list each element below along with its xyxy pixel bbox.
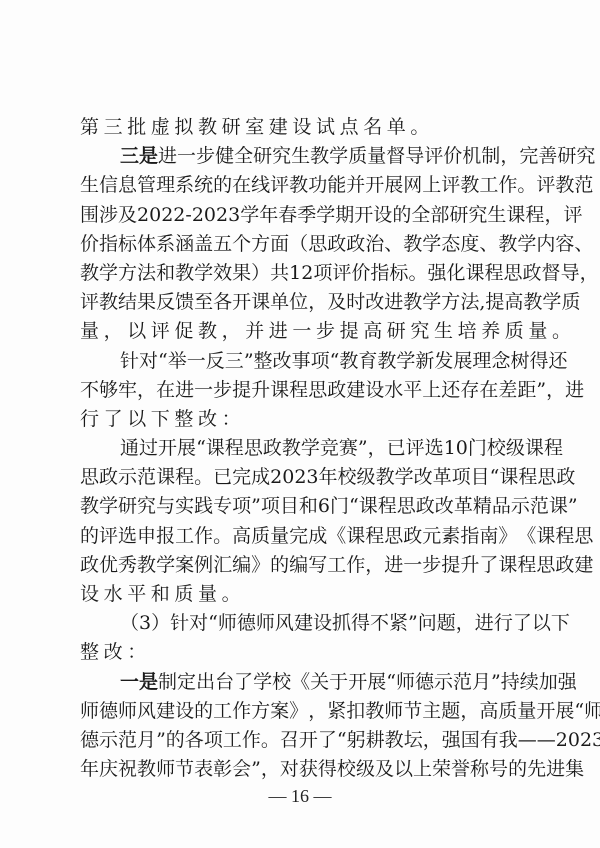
text-glyph: 进 [384, 551, 403, 580]
text-glyph: 新 [415, 347, 434, 376]
text-glyph: 以 [532, 609, 551, 638]
text-glyph: 理 [156, 171, 175, 200]
text-glyph: 存 [460, 376, 479, 405]
text-glyph: 育 [358, 347, 377, 376]
text-glyph: 高 [232, 522, 251, 551]
text-glyph: 进 [175, 376, 194, 405]
text-glyph: 称 [470, 755, 489, 784]
text-glyph: 思 [308, 230, 327, 259]
text-glyph: 12 [289, 259, 313, 288]
text-glyph: 对 [189, 609, 208, 638]
text-glyph: 开 [354, 201, 373, 230]
text-glyph: 强 [558, 668, 577, 697]
text-glyph: 目 [280, 492, 299, 521]
text-glyph: 部 [430, 201, 449, 230]
text-glyph: 已 [387, 434, 406, 463]
text-glyph: 进 [475, 609, 494, 638]
text-glyph: 学 [395, 463, 414, 492]
text-glyph: ” [568, 492, 578, 521]
text-glyph: 五 [213, 230, 232, 259]
text-glyph: 强 [427, 259, 446, 288]
text-glyph: 建 [156, 697, 175, 726]
text-glyph: 思 [536, 551, 555, 580]
text-glyph: 上 [422, 376, 441, 405]
text-glyph: 示 [118, 463, 137, 492]
text-glyph: 项 [261, 492, 280, 521]
text-glyph: “ [349, 492, 359, 521]
text-glyph: 改 [365, 288, 384, 317]
text-glyph: 续 [520, 668, 539, 697]
text-glyph: 研 [253, 142, 272, 171]
text-glyph: 师 [256, 609, 275, 638]
text-glyph: 校 [272, 668, 291, 697]
text-glyph: 专 [213, 492, 232, 521]
text-glyph: 。 [194, 463, 213, 492]
text-glyph: 步 [196, 142, 215, 171]
text-glyph: 程 [225, 434, 244, 463]
text-glyph: 关 [310, 668, 329, 697]
text-glyph: 差 [498, 376, 517, 405]
text-glyph: 竞 [320, 434, 339, 463]
text-glyph: 教 [289, 171, 308, 200]
text-glyph: 评 [406, 434, 425, 463]
text-glyph: 定 [177, 668, 196, 697]
text-glyph: 及 [375, 755, 394, 784]
text-glyph: 不 [80, 376, 99, 405]
text-glyph: 教 [80, 492, 99, 521]
text-glyph: 范 [574, 171, 593, 200]
text-glyph: 质 [251, 522, 270, 551]
text-glyph: 学 [329, 142, 348, 171]
text-glyph: 级 [506, 434, 525, 463]
text-glyph: 及 [118, 201, 137, 230]
text-glyph: 的 [80, 522, 99, 551]
text-glyph: 工 [479, 171, 498, 200]
text-glyph: 有 [480, 726, 499, 755]
text-glyph: 践 [194, 492, 213, 521]
text-line: 不够牢，在进一步提升课程思政建设水平上还存在差距”，进 [80, 376, 526, 405]
text-glyph: 教 [403, 288, 422, 317]
text-glyph: 。 [408, 259, 427, 288]
text-glyph: 系 [156, 230, 175, 259]
text-glyph: 进 [546, 755, 565, 784]
text-glyph: 祝 [118, 755, 137, 784]
text-glyph: 我 [499, 726, 518, 755]
text-glyph: 管 [137, 171, 156, 200]
text-glyph: “ [337, 726, 347, 755]
text-glyph: 选 [425, 434, 444, 463]
text-glyph: 盖 [194, 230, 213, 259]
text-glyph: 度 [460, 230, 479, 259]
text-glyph: ， [546, 376, 565, 405]
emphasis-lead: 是 [139, 142, 158, 171]
text-glyph: 督 [542, 259, 561, 288]
text-glyph: 进 [565, 376, 584, 405]
text-glyph: 目 [471, 463, 490, 492]
text-glyph: 德 [415, 668, 434, 697]
text-glyph: 师 [80, 697, 99, 726]
text-glyph: 工 [213, 697, 232, 726]
text-glyph: 程 [555, 522, 574, 551]
text-glyph: 开 [232, 288, 251, 317]
text-glyph: 了 [513, 609, 532, 638]
text-glyph: 对 [139, 347, 158, 376]
text-glyph: 德 [237, 609, 256, 638]
text-glyph: 荣 [432, 755, 451, 784]
text-glyph: 范 [137, 463, 156, 492]
text-glyph: 校 [337, 755, 356, 784]
text-glyph: 教 [460, 171, 479, 200]
text-glyph: 了 [479, 551, 498, 580]
text-glyph: “ [208, 609, 218, 638]
text-glyph: 和 [299, 492, 318, 521]
text-glyph: 学 [194, 259, 213, 288]
text-glyph: 内 [536, 230, 555, 259]
text-glyph: 教 [80, 259, 99, 288]
text-glyph: 耕 [366, 726, 385, 755]
text-line: 围涉及2022-2023学年春季学期开设的全部研究生课程，评 [80, 201, 526, 230]
text-glyph: 质 [348, 142, 367, 171]
text-glyph: 级 [357, 463, 376, 492]
text-glyph: 》 [498, 522, 517, 551]
text-glyph: 教 [385, 726, 404, 755]
text-glyph: 题 [441, 697, 460, 726]
text-glyph: 课 [499, 463, 518, 492]
text-glyph: 建 [574, 551, 593, 580]
text-glyph: 政 [523, 259, 542, 288]
text-glyph: 理 [472, 347, 491, 376]
text-glyph: 得 [318, 755, 337, 784]
text-glyph: 距 [517, 376, 536, 405]
text-glyph: 机 [462, 142, 481, 171]
text-glyph: 。 [213, 522, 232, 551]
text-glyph: 工 [175, 522, 194, 551]
text-glyph: 程 [485, 259, 504, 288]
text-glyph: 程 [378, 492, 397, 521]
text-glyph: ， [261, 755, 280, 784]
text-glyph: 上 [413, 755, 432, 784]
text-glyph: 思 [504, 259, 523, 288]
text-glyph: 》 [251, 551, 270, 580]
text-glyph: 线 [251, 171, 270, 200]
page-number: — 16 — [0, 786, 600, 807]
text-glyph: 评 [99, 522, 118, 551]
text-glyph: 政 [327, 230, 346, 259]
text-glyph: 门 [330, 492, 349, 521]
text-glyph: 开 [299, 726, 318, 755]
text-glyph: 在 [232, 171, 251, 200]
text-glyph: 各 [185, 726, 204, 755]
text-glyph: 师 [218, 609, 237, 638]
text-glyph: 高 [504, 288, 523, 317]
text-glyph: 建 [346, 376, 365, 405]
text-glyph: 革 [454, 492, 473, 521]
text-glyph: ” [251, 755, 261, 784]
text-glyph: 革 [433, 463, 452, 492]
text-line: 三是进一步健全研究生教学质量督导评价机制，完善研究 [80, 142, 526, 171]
text-glyph: ， [368, 434, 387, 463]
text-glyph: 德 [80, 726, 99, 755]
text-glyph: 学 [240, 201, 259, 230]
text-glyph: 究 [272, 142, 291, 171]
text-glyph: “ [574, 697, 584, 726]
text-glyph: ， [137, 376, 156, 405]
text-glyph: 提 [232, 376, 251, 405]
text-line: 年庆祝教师节表彰会”，对获得校级及以上荣誉称号的先进集 [80, 755, 526, 784]
text-glyph: 态 [441, 230, 460, 259]
text-glyph: 全 [234, 142, 253, 171]
text-glyph: 台 [215, 668, 234, 697]
text-glyph: 程 [518, 463, 537, 492]
text-glyph: 以 [394, 755, 413, 784]
text-glyph: 位 [289, 288, 308, 317]
text-glyph: 反 [206, 347, 225, 376]
text-glyph: 教 [365, 697, 384, 726]
document-body: 第三批虚拟教研室建设试点名单。三是进一步健全研究生教学质量督导评价机制，完善研究… [80, 113, 526, 784]
text-glyph: 生 [291, 142, 310, 171]
text-glyph: 教 [498, 230, 517, 259]
text-glyph: 展 [384, 171, 403, 200]
text-glyph: 评 [332, 259, 351, 288]
text-glyph: 已 [213, 463, 232, 492]
text-glyph: “ [490, 463, 500, 492]
text-glyph: 示 [511, 492, 530, 521]
text-glyph: 师 [584, 697, 600, 726]
text-glyph: 督 [386, 142, 405, 171]
text-glyph: 学 [99, 492, 118, 521]
text-glyph: 学 [422, 230, 441, 259]
text-glyph: 究 [137, 492, 156, 521]
text-glyph: 至 [194, 288, 213, 317]
text-glyph: 生 [80, 171, 99, 200]
text-glyph: 化 [446, 259, 465, 288]
text-glyph: 思 [397, 492, 416, 521]
text-glyph: 得 [529, 347, 548, 376]
text-glyph: 2022-2023 [137, 201, 240, 230]
text-glyph: 程 [175, 463, 194, 492]
text-glyph: 在 [479, 376, 498, 405]
text-glyph: ， [580, 259, 599, 288]
text-glyph: 作 [242, 726, 261, 755]
text-line: 教学研究与实践专项”项目和6门“课程思政改革精品示范课” [80, 492, 526, 521]
text-glyph: 月 [137, 726, 156, 755]
text-glyph: 及 [327, 288, 346, 317]
text-glyph: 学 [517, 230, 536, 259]
text-glyph: 、 [384, 230, 403, 259]
text-glyph: 课 [498, 551, 517, 580]
text-glyph: 研 [449, 201, 468, 230]
text-glyph: 项 [311, 347, 330, 376]
text-glyph: 的 [213, 171, 232, 200]
text-glyph: ” [156, 726, 166, 755]
text-glyph: 对 [280, 755, 299, 784]
text-glyph: 课 [346, 522, 365, 551]
text-glyph: 各 [213, 288, 232, 317]
text-glyph: 年 [319, 463, 338, 492]
text-glyph: 完 [289, 522, 308, 551]
text-glyph: ） [151, 609, 170, 638]
text-glyph: 6 [318, 492, 330, 521]
text-glyph: 元 [422, 522, 441, 551]
text-glyph: 还 [441, 376, 460, 405]
text-glyph: ， [423, 726, 442, 755]
text-glyph: 级 [356, 755, 375, 784]
text-glyph: 平 [403, 376, 422, 405]
text-glyph: 项 [232, 492, 251, 521]
text-glyph: 围 [80, 201, 99, 230]
text-glyph: 思 [80, 463, 99, 492]
text-glyph: 素 [441, 522, 460, 551]
text-glyph: 课 [525, 434, 544, 463]
text-glyph: 成 [251, 463, 270, 492]
text-glyph: 与 [156, 492, 175, 521]
text-glyph: 程 [365, 522, 384, 551]
text-glyph: 得 [351, 609, 370, 638]
text-glyph: 效 [213, 259, 232, 288]
text-glyph: 抓 [332, 609, 351, 638]
text-glyph: 果 [232, 259, 251, 288]
emphasis-lead: 一 [120, 668, 139, 697]
text-glyph: 反 [156, 288, 175, 317]
text-glyph: 誉 [451, 755, 470, 784]
text-glyph: 品 [492, 492, 511, 521]
text-glyph: 单 [270, 288, 289, 317]
text-glyph: 教 [175, 259, 194, 288]
text-glyph: 统 [194, 171, 213, 200]
text-glyph: 建 [294, 609, 313, 638]
text-glyph: 校 [338, 463, 357, 492]
text-glyph: 究 [576, 142, 595, 171]
text-glyph: 了 [318, 726, 337, 755]
text-line: 设水平和质量。 [80, 580, 526, 609]
text-glyph: 息 [118, 171, 137, 200]
text-glyph: 政 [263, 434, 282, 463]
text-glyph: 师 [118, 697, 137, 726]
text-glyph: ， [460, 697, 479, 726]
text-glyph: 教 [99, 288, 118, 317]
text-glyph: 精 [473, 492, 492, 521]
text-line: 生信息管理系统的在线评教功能并开展网上评教工作。评教范 [80, 171, 526, 200]
text-glyph: 全 [411, 201, 430, 230]
text-glyph: 面 [270, 230, 289, 259]
text-glyph: 教 [310, 142, 329, 171]
text-glyph: 作 [498, 171, 517, 200]
text-glyph: 的 [392, 201, 411, 230]
text-glyph: 针 [120, 347, 139, 376]
emphasis-lead: 是 [139, 668, 158, 697]
text-glyph: 方 [251, 697, 270, 726]
text-glyph: 示 [99, 726, 118, 755]
text-glyph: 指 [370, 259, 389, 288]
text-glyph: 春 [278, 201, 297, 230]
text-glyph: 改 [435, 492, 454, 521]
text-line: 价指标体系涵盖五个方面（思政政治、教学态度、教学内容、 [80, 230, 526, 259]
text-glyph: 《 [291, 668, 310, 697]
text-glyph: 健 [215, 142, 234, 171]
text-glyph: 号 [489, 755, 508, 784]
text-glyph: 获 [299, 755, 318, 784]
text-glyph: 师 [156, 755, 175, 784]
text-glyph: 政 [416, 492, 435, 521]
text-glyph: 学 [422, 288, 441, 317]
text-glyph: 学 [301, 434, 320, 463]
text-glyph: 教 [282, 434, 301, 463]
text-glyph: “ [158, 347, 168, 376]
text-glyph: 研 [118, 492, 137, 521]
text-glyph: 紧 [327, 697, 346, 726]
text-glyph: 三 [225, 347, 244, 376]
text-glyph: 还 [548, 347, 567, 376]
text-glyph: 思 [244, 434, 263, 463]
text-glyph: 彰 [213, 755, 232, 784]
text-glyph: 课 [359, 492, 378, 521]
text-glyph: 选 [118, 522, 137, 551]
text-glyph: 念 [491, 347, 510, 376]
text-glyph: 导 [405, 142, 424, 171]
text-glyph: 项 [313, 259, 332, 288]
text-glyph: 法 [137, 259, 156, 288]
text-glyph: 法 [460, 288, 479, 317]
text-glyph: 举 [168, 347, 187, 376]
text-glyph: 项 [204, 726, 223, 755]
text-glyph: 设 [365, 376, 384, 405]
text-glyph: 一 [403, 551, 422, 580]
text-line: 师德师风建设的工作方案》，紧扣教师节主题，高质量开展“师 [80, 697, 526, 726]
text-glyph: 指 [460, 522, 479, 551]
text-glyph: 季 [297, 201, 316, 230]
text-glyph: 召 [280, 726, 299, 755]
text-glyph: 作 [194, 522, 213, 551]
text-glyph: 一 [187, 347, 206, 376]
text-glyph: 政 [327, 376, 346, 405]
text-glyph: 政 [403, 522, 422, 551]
text-glyph: 信 [99, 171, 118, 200]
text-glyph: 3 [139, 609, 151, 638]
text-glyph: 政 [555, 551, 574, 580]
text-glyph: 作 [232, 697, 251, 726]
text-glyph: 研 [557, 142, 576, 171]
text-glyph: 德 [99, 697, 118, 726]
text-glyph: （ [289, 230, 308, 259]
text-glyph: 设 [175, 697, 194, 726]
text-glyph: 共 [270, 259, 289, 288]
text-line: 第三批虚拟教研室建设试点名单。 [80, 113, 526, 142]
text-glyph: 程 [525, 201, 544, 230]
text-glyph: 汇 [213, 551, 232, 580]
text-glyph: 《 [327, 522, 346, 551]
text-glyph: ， [308, 697, 327, 726]
text-glyph: 提 [485, 288, 504, 317]
text-glyph: 开 [536, 697, 555, 726]
emphasis-lead: 三 [120, 142, 139, 171]
text-glyph: 够 [99, 376, 118, 405]
text-glyph: 展 [555, 697, 574, 726]
text-glyph: 师 [396, 668, 415, 697]
text-glyph: 质 [498, 697, 517, 726]
text-glyph: 在 [156, 376, 175, 405]
text-glyph: 编 [289, 551, 308, 580]
text-glyph: 、 [479, 230, 498, 259]
text-glyph: 思 [574, 522, 593, 551]
text-glyph: 节 [403, 697, 422, 726]
text-glyph: 会 [232, 755, 251, 784]
text-glyph: 水 [384, 376, 403, 405]
text-glyph: 案 [175, 551, 194, 580]
text-glyph: 果 [137, 288, 156, 317]
text-glyph: 体 [137, 230, 156, 259]
text-glyph: 方 [251, 230, 270, 259]
text-glyph: 政 [556, 463, 575, 492]
